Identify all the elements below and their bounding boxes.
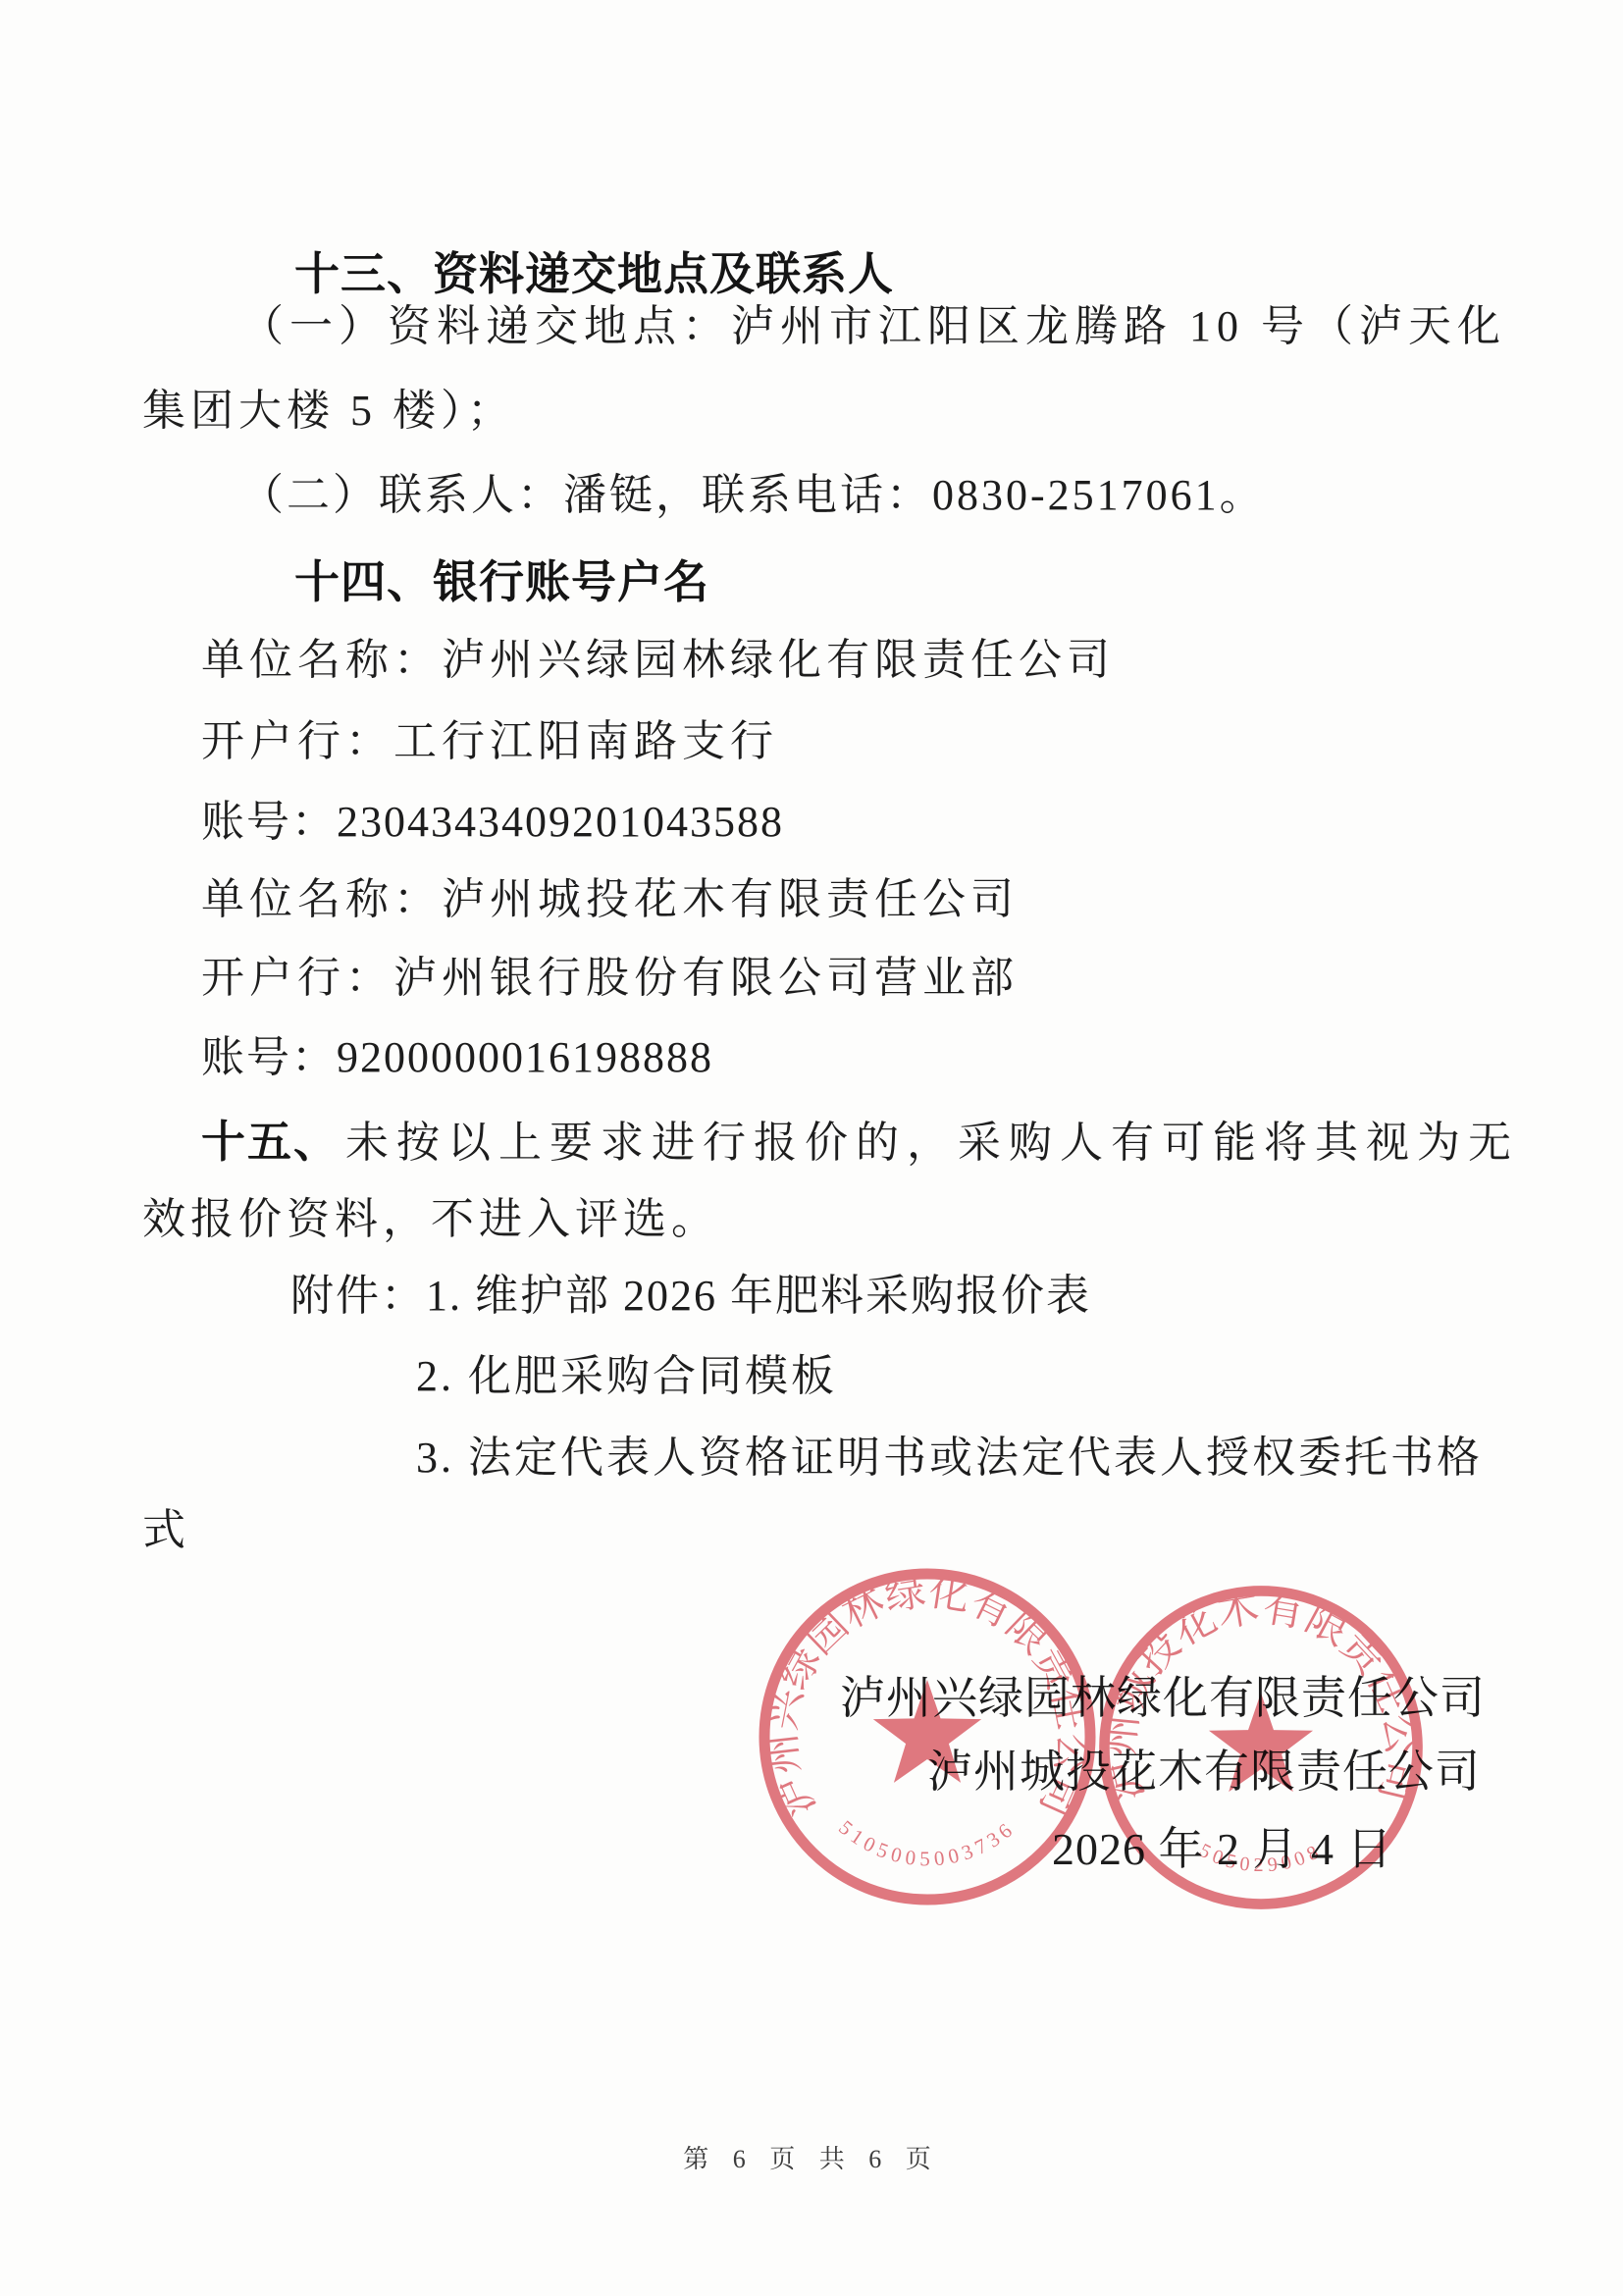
document-page: 十三、资料递交地点及联系人 （一）资料递交地点：泸州市江阳区龙腾路 10 号（泸… [0,0,1623,2296]
bank1-account-number: 账号：2304343409201043588 [201,801,784,844]
attachment-item-1: 附件：1. 维护部 2026 年肥料采购报价表 [290,1275,1091,1318]
seal-code-text: 5105005003736 [834,1815,1020,1870]
section-15-paragraph-line-1: 十五、未按以上要求进行报价的，采购人有可能将其视为无 [201,1120,1519,1165]
seal-star-icon [1209,1693,1313,1792]
bank1-branch: 开户行：工行江阳南路支行 [201,720,778,763]
bank2-company-name: 单位名称：泸州城投花木有限责任公司 [201,878,1019,921]
company-seal-chengtou: 泸州城投花木有限责任公司 505029008 [1091,1578,1431,1917]
attachment-item-3-line-1: 3. 法定代表人资格证明书或法定代表人授权委托书格 [416,1436,1483,1480]
seal-star-icon [873,1680,981,1783]
delivery-location-line-1: （一）资料递交地点：泸州市江阳区龙腾路 10 号（泸天化 [240,305,1506,348]
bank2-branch: 开户行：泸州银行股份有限公司营业部 [201,957,1019,1000]
attachment-item-2: 2. 化肥采购合同模板 [416,1355,837,1398]
section-15-text: 未按以上要求进行报价的，采购人有可能将其视为无 [345,1119,1519,1167]
delivery-location-line-2: 集团大楼 5 楼）； [142,390,515,433]
contact-person-line: （二）联系人：潘铤，联系电话：0830-2517061。 [240,474,1266,517]
section-14-heading: 十四、银行账号户名 [294,559,709,604]
company-seal-xinglv: 泸州兴绿园林绿化有限责任公司 5105005003736 [751,1560,1104,1913]
bank2-account-number: 账号：9200000016198888 [201,1036,713,1079]
section-15-heading: 十五、 [201,1116,340,1168]
attachment-item-3-line-2: 式 [142,1509,188,1552]
section-15-paragraph-line-2: 效报价资料，不进入评选。 [142,1198,719,1241]
page-number-footer: 第 6 页 共 6 页 [0,2139,1623,2175]
seal-code-text: 505029008 [1195,1840,1326,1876]
section-13-heading: 十三、资料递交地点及联系人 [294,251,894,296]
bank1-company-name: 单位名称：泸州兴绿园林绿化有限责任公司 [201,639,1115,682]
